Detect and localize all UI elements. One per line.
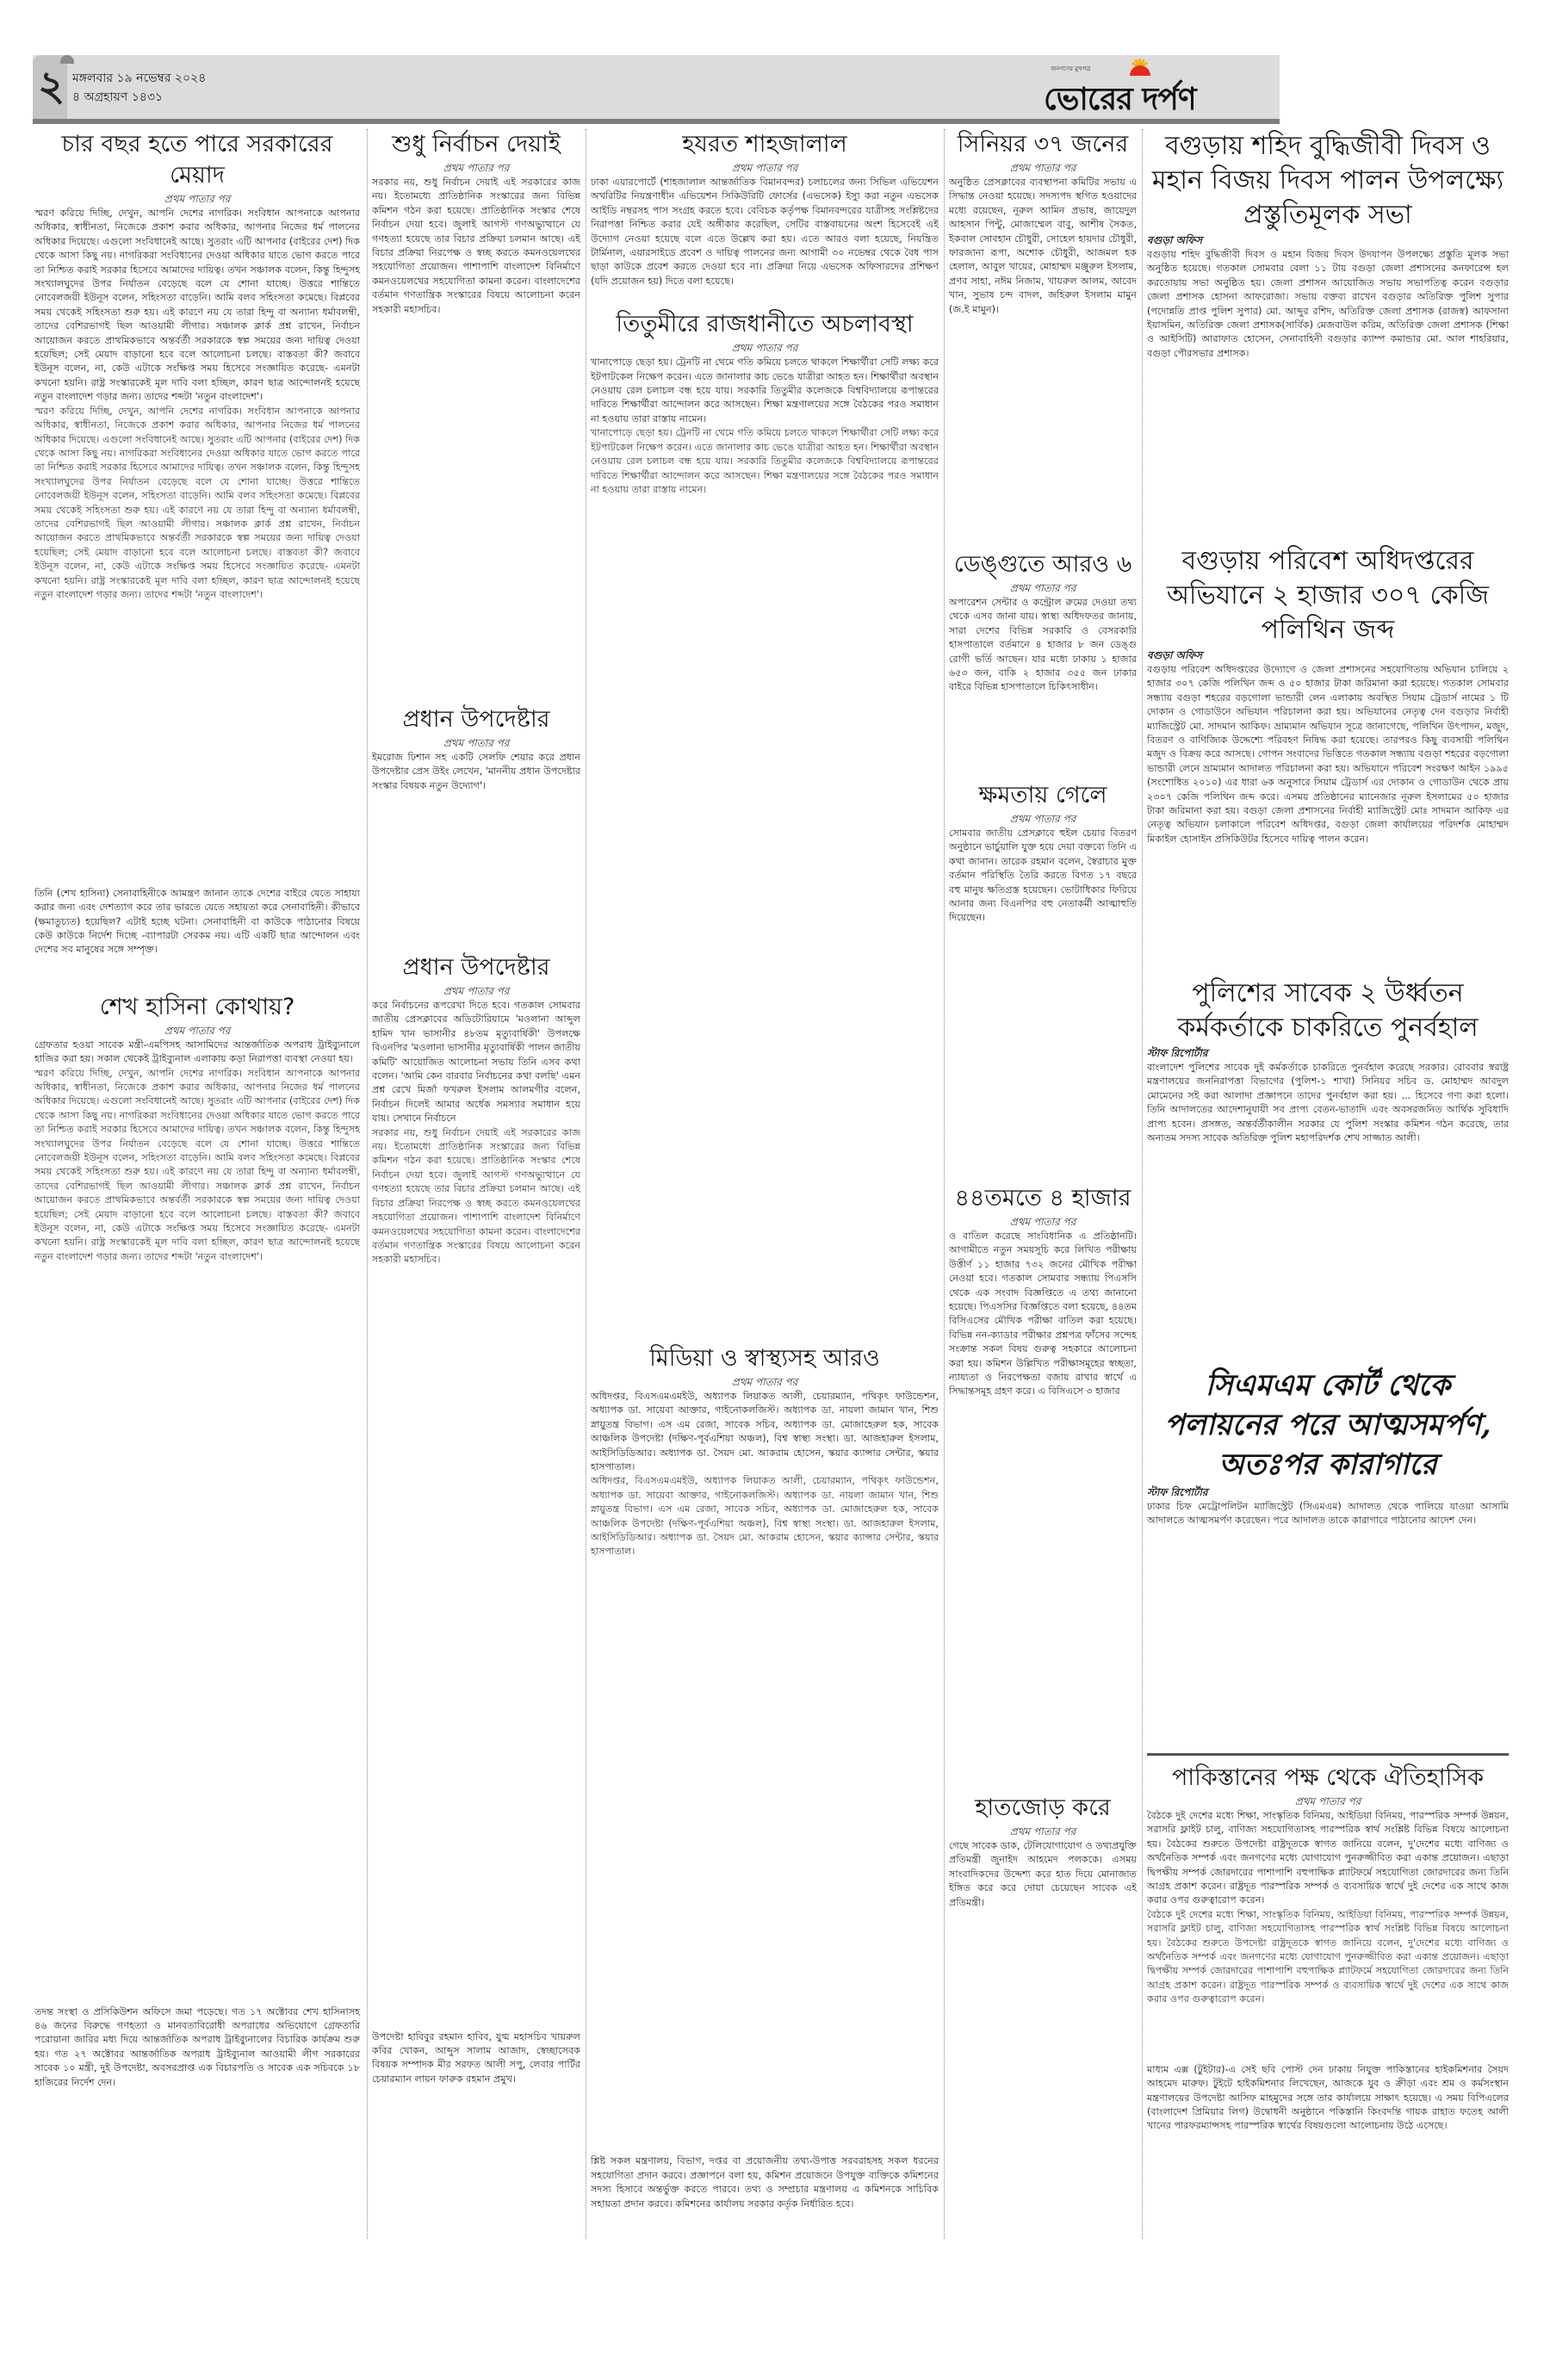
masthead: ২ মঙ্গলবার ১৯ নভেম্বর ২০২৪ ৪ অগ্রহায়ণ ১… (33, 55, 1280, 124)
column-right: বগুড়ায় শহিদ বুদ্ধিজীবী দিবস ও মহান বিজ… (1147, 129, 1509, 2146)
continuation-label: প্রথম পাতার পর (591, 160, 939, 176)
newspaper-logo: জনগণের মুখপত্র ভোরের দর্পণ (1044, 59, 1250, 115)
article-body: ঢাকা এয়ারপোর্টে (শাহজালাল আন্তর্জাতিক ব… (591, 176, 939, 288)
byline: স্টাফ রিপোর্টার (1147, 1045, 1509, 1061)
article-body-end: তদন্ত সংস্থা ও প্রসিকিউশন অফিসে জমা পড়ে… (34, 2005, 360, 2090)
continuation-label: প্রথম পাতার পর (591, 1374, 939, 1390)
column-1: চার বছর হতে পারে সরকারের মেয়াদ প্রথম পা… (34, 129, 360, 2102)
column-3: হযরত শাহজালাল প্রথম পাতার পর ঢাকা এয়ারপ… (591, 129, 939, 1248)
article-body: গেছে সাবেক ডাক, টেলিযোগাযোগ ও তথ্যপ্রযুক… (949, 1839, 1137, 1910)
article-chief-adviser-1: প্রধান উপদেষ্টার প্রথম পাতার পর ইমরোজ ঢি… (372, 704, 580, 940)
article-body: খানাপোড়ে ছেড়া হয়। ট্রেনটি না থেমে গতি… (591, 356, 939, 426)
headline: প্রধান উপদেষ্টার (372, 952, 580, 983)
headline: সিএমএম কোর্ট থেকে পলায়নের পরে আত্মসমর্প… (1147, 1366, 1509, 1484)
column-divider (1142, 129, 1143, 2239)
column-4: সিনিয়র ৩৭ জনের প্রথম পাতার পর অনুষ্ঠিত … (949, 129, 1137, 1922)
article-dengue: ডেঙ্গুতে আরও ৬ প্রথম পাতার পর অপারেশন সে… (949, 549, 1137, 768)
article-body: বাংলাদেশ পুলিশের সাবেক দুই কর্মকর্তাকে চ… (1147, 1061, 1509, 1354)
article-body: বৈঠকে দুই দেশের মধ্যে শিক্ষা, সাংস্কৃতিক… (1147, 1809, 1509, 1908)
article-senior-37: সিনিয়র ৩৭ জনের প্রথম পাতার পর অনুষ্ঠিত … (949, 129, 1137, 537)
article-body: অনুষ্ঠিত প্রেসক্লাবের ব্যবস্থাপনা কমিটির… (949, 176, 1137, 537)
column-2: শুধু নির্বাচন দেয়াই প্রথম পাতার পর সরকা… (372, 129, 580, 2098)
article-body: বগুড়ায় পরিবেশ অধিদপ্তরের উদ্যোগে ও জেল… (1147, 663, 1509, 964)
article-body-continued: স্মরণ করিয়ে দিচ্ছি, দেখুন, আপনি দেশের ন… (34, 1067, 360, 2005)
date-bengali: ৪ অগ্রহায়ণ ১৪৩১ (72, 88, 206, 107)
article-body: গ্রেফতার হওয়া সাবেক মন্ত্রী-এমপিসহ আসাম… (34, 1038, 360, 1067)
section-rule (1147, 1753, 1509, 1756)
headline: ডেঙ্গুতে আরও ৬ (949, 549, 1137, 580)
continuation-label: প্রথম পাতার পর (949, 1214, 1137, 1230)
article-where-is-hasina: শেখ হাসিনা কোথায়? প্রথম পাতার পর গ্রেফত… (34, 992, 360, 2090)
article-body: ঢাকার চিফ মেট্রোপলিটন ম্যাজিস্ট্রেট (সিএ… (1147, 1500, 1509, 1741)
headline: ৪৪তমতে ৪ হাজার (949, 1183, 1137, 1214)
article-44th-bcs: ৪৪তমতে ৪ হাজার প্রথম পাতার পর ও বাতিল কর… (949, 1183, 1137, 1781)
date-block: মঙ্গলবার ১৯ নভেম্বর ২০২৪ ৪ অগ্রহায়ণ ১৪৩… (72, 69, 206, 107)
headline: পুলিশের সাবেক ২ উর্ধ্বতন কর্মকর্তাকে চাক… (1147, 976, 1509, 1045)
article-chief-adviser-2: প্রধান উপদেষ্টার প্রথম পাতার পর করে নির্… (372, 952, 580, 2086)
continuation-label: প্রথম পাতার পর (949, 811, 1137, 827)
headline: বগুড়ায় পরিবেশ অধিদপ্তরের অভিযানে ২ হাজ… (1147, 544, 1509, 648)
article-folded-hands: হাতজোড় করে প্রথম পাতার পর গেছে সাবেক ডা… (949, 1793, 1137, 1910)
continuation-label: প্রথম পাতার পর (372, 983, 580, 999)
masthead-bar (33, 119, 1280, 124)
article-body-continued: খানাপোড়ে ছেড়া হয়। ট্রেনটি না থেমে গতি… (591, 426, 939, 1236)
article-term-of-government: চার বছর হতে পারে সরকারের মেয়াদ প্রথম পা… (34, 129, 360, 958)
article-bogura-polythene: বগুড়ায় পরিবেশ অধিদপ্তরের অভিযানে ২ হাজ… (1147, 544, 1509, 964)
article-body: সরকার নয়, শুধু নির্বাচন দেয়াই এই সরকার… (372, 176, 580, 692)
headline: শুধু নির্বাচন দেয়াই (372, 129, 580, 160)
continuation-label: প্রথম পাতার পর (34, 1023, 360, 1038)
article-body-continued: স্মরণ করিয়ে দিচ্ছি, দেখুন, আপনি দেশের ন… (34, 405, 360, 887)
headline: পাকিস্তানের পক্ষ থেকে ঐতিহাসিক (1147, 1763, 1509, 1794)
continuation-label: প্রথম পাতার পর (1147, 1794, 1509, 1809)
continuation-label: প্রথম পাতার পর (34, 191, 360, 207)
article-cmm-court-escape: সিএমএম কোর্ট থেকে পলায়নের পরে আত্মসমর্প… (1147, 1366, 1509, 1741)
headline: বগুড়ায় শহিদ বুদ্ধিজীবী দিবস ও মহান বিজ… (1147, 129, 1509, 232)
date-gregorian: মঙ্গলবার ১৯ নভেম্বর ২০২৪ (72, 69, 206, 88)
headline: হাতজোড় করে (949, 1793, 1137, 1824)
article-body: করে নির্বাচনের রূপরেখা দিতে হবে। গতকাল স… (372, 999, 580, 1126)
article-media-health: মিডিয়া ও স্বাস্থ্যসহ আরও প্রথম পাতার পর… (591, 1343, 939, 2211)
continuation-label: প্রথম পাতার পর (949, 160, 1137, 176)
article-titumir-deadlock: তিতুমীরে রাজধানীতে অচলাবস্থা প্রথম পাতার… (591, 309, 939, 1236)
headline: ক্ষমতায় গেলে (949, 780, 1137, 811)
headline: প্রধান উপদেষ্টার (372, 704, 580, 735)
headline: মিডিয়া ও স্বাস্থ্যসহ আরও (591, 1343, 939, 1374)
article-if-in-power: ক্ষমতায় গেলে প্রথম পাতার পর সোমবার জাতী… (949, 780, 1137, 1171)
article-police-reinstated: পুলিশের সাবেক ২ উর্ধ্বতন কর্মকর্তাকে চাক… (1147, 976, 1509, 1354)
headline: তিতুমীরে রাজধানীতে অচলাবস্থা (591, 309, 939, 340)
page-number-tab: ২ (33, 55, 67, 119)
logo-tagline: জনগণের মুখপত্র (1051, 64, 1091, 74)
article-body: অধিদপ্তর, বিএসএমএমইউ, অধ্যাপক লিয়াকত আল… (591, 1390, 939, 1474)
article-body-end: তিনি (শেখ হাসিনা) সেনাবাহিনীকে আমন্ত্রণ … (34, 887, 360, 958)
page-number: ২ (38, 62, 65, 110)
byline: বগুড়া অফিস (1147, 648, 1509, 663)
headline: চার বছর হতে পারে সরকারের মেয়াদ (34, 129, 360, 191)
article-body-continued: বৈঠকে দুই দেশের মধ্যে শিক্ষা, সাংস্কৃতিক… (1147, 1908, 1509, 2063)
article-body: স্মরণ করিয়ে দিচ্ছি, দেখুন, আপনি দেশের ন… (34, 207, 360, 405)
continuation-label: প্রথম পাতার পর (372, 735, 580, 751)
article-body: বগুড়ায় শহিদ বুদ্ধিজীবী দিবস ও মহান বিজ… (1147, 248, 1509, 532)
article-body: অপারেশন সেন্টার ও কন্ট্রোল রুমের দেওয়া … (949, 596, 1137, 768)
headline: শেখ হাসিনা কোথায়? (34, 992, 360, 1023)
headline: সিনিয়র ৩৭ জনের (949, 129, 1137, 160)
continuation-label: প্রথম পাতার পর (591, 340, 939, 356)
continuation-label: প্রথম পাতার পর (949, 1824, 1137, 1839)
article-bogura-intellectuals-day: বগুড়ায় শহিদ বুদ্ধিজীবী দিবস ও মহান বিজ… (1147, 129, 1509, 532)
column-divider (944, 129, 945, 2239)
byline: স্টাফ রিপোর্টার (1147, 1484, 1509, 1500)
continuation-label: প্রথম পাতার পর (372, 160, 580, 176)
article-not-only-election: শুধু নির্বাচন দেয়াই প্রথম পাতার পর সরকা… (372, 129, 580, 692)
article-body: ইমরোজ ঢিশান সহ একটি সেলফি শেয়ার করে প্র… (372, 751, 580, 940)
article-shahjalal-airport: হযরত শাহজালাল প্রথম পাতার পর ঢাকা এয়ারপ… (591, 129, 939, 288)
column-divider (367, 129, 368, 2239)
headline: হযরত শাহজালাল (591, 129, 939, 160)
article-body-end: শ্লিষ্ট সকল মন্ত্রণালয়, বিভাগ, দপ্তর বা… (591, 2154, 939, 2211)
article-body-end: উপদেষ্টা হাবিবুর রহমান হাবিব, যুগ্ম মহাস… (372, 2030, 580, 2087)
article-pakistan-historic: পাকিস্তানের পক্ষ থেকে ঐতিহাসিক প্রথম পাত… (1147, 1763, 1509, 2134)
continuation-label: প্রথম পাতার পর (949, 580, 1137, 596)
byline: বগুড়া অফিস (1147, 232, 1509, 248)
article-body-continued: অধিদপ্তর, বিএসএমএমইউ, অধ্যাপক লিয়াকত আল… (591, 1474, 939, 2154)
article-body-end: মাধ্যম এক্স (টুইটার)-এ সেই ছবি পোস্ট দেন… (1147, 2063, 1509, 2134)
column-divider (586, 129, 586, 2239)
article-body: ও বাতিল করেছে সাংবিধানিক এ প্রতিষ্ঠানটি।… (949, 1230, 1137, 1781)
article-body-continued: সরকার নয়, শুধু নির্বাচন দেয়াই এই সরকার… (372, 1126, 580, 2030)
article-body: সোমবার জাতীয় প্রেসক্লাবে হুইল চেয়ার বি… (949, 827, 1137, 1171)
